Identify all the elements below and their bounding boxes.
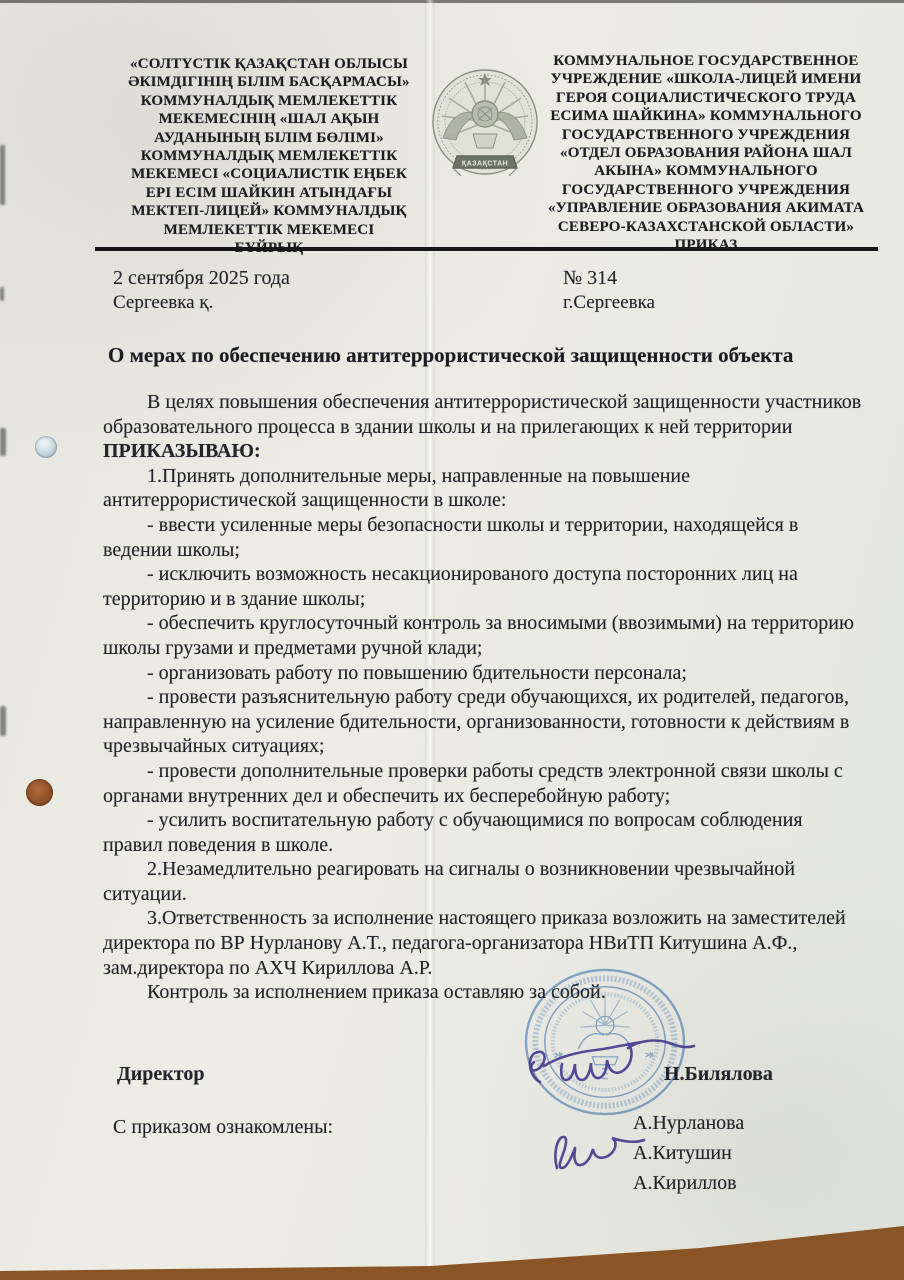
body-text-run: 1.Принять дополнительные меры, направлен… [103,465,690,512]
body-paragraph: - организовать работу по повышению бдите… [103,661,865,686]
body-text-run: 2.Незамедлительно реагировать на сигналы… [103,858,795,905]
letterhead-divider-line [95,247,878,251]
letterhead-line: АКЫНА» КОММУНАЛЬНОГО [525,162,887,180]
body-paragraph: 3.Ответственность за исполнение настояще… [103,906,865,980]
edge-smudge [0,287,4,301]
letterhead-line: КОММУНАЛДЫҚ МЕМЛЕКЕТТІК [88,92,450,110]
edge-smudge [0,428,6,456]
body-text-run: 3.Ответственность за исполнение настояще… [103,907,846,978]
director-label: Директор [117,1063,205,1086]
kazakhstan-coat-of-arms-icon: ҚАЗАҚСТАН [429,64,541,189]
body-paragraph: - провести дополнительные проверки работ… [103,759,865,808]
order-place-kazakh: Сергеевка қ. [113,291,213,315]
order-title: О мерах по обеспечению антитеррористичес… [108,343,888,368]
letterhead-line: ЕСИМА ШАЙКИНА» КОММУНАЛЬНОГО [525,107,887,125]
body-paragraph: - исключить возможность несакционировано… [103,562,865,611]
letterhead-line: КОММУНАЛДЫҚ МЕМЛЕКЕТТІК [88,147,450,165]
edge-smudge [0,145,5,205]
body-paragraph: 1.Принять дополнительные меры, направлен… [103,464,865,513]
body-paragraph: - усилить воспитательную работу с обучаю… [103,808,865,857]
order-body: В целях повышения обеспечения антитеррор… [103,390,865,1005]
letterhead-line: ӘКІМДІГІНІҢ БІЛІМ БАСҚАРМАСЫ» [88,73,450,91]
body-text-run: - организовать работу по повышению бдите… [147,662,687,684]
letterhead-line: ПРИКАЗ [525,236,887,254]
body-text-run: - ввести усиленные меры безопасности шко… [103,514,798,561]
paper-top-edge [0,0,904,3]
edge-smudge [0,706,6,736]
letterhead-line: ГЕРОЯ СОЦИАЛИСТИЧЕСКОГО ТРУДА [525,89,887,107]
order-place-russian: г.Сергеевка [563,291,655,315]
punch-hole [26,779,53,806]
letterhead-line: КОММУНАЛЬНОЕ ГОСУДАРСТВЕННОЕ [525,52,887,70]
body-text-run: - обеспечить круглосуточный контроль за … [103,612,854,659]
letterhead-line: УЧРЕЖДЕНИЕ «ШКОЛА-ЛИЦЕЙ ИМЕНИ [525,70,887,88]
letterhead-line: «ОТДЕЛ ОБРАЗОВАНИЯ РАЙОНА ШАЛ [525,144,887,162]
letterhead-line: ГОСУДАРСТВЕННОГО УЧРЕЖДЕНИЯ [525,126,887,144]
handwritten-signatures [500,1030,760,1185]
letterhead-kazakh: «СОЛТҮСТІК ҚАЗАҚСТАН ОБЛЫСЫӘКІМДІГІНІҢ Б… [88,55,450,257]
body-paragraph: Контроль за исполнением приказа оставляю… [103,980,865,1005]
letterhead-russian: КОММУНАЛЬНОЕ ГОСУДАРСТВЕННОЕУЧРЕЖДЕНИЕ «… [525,52,887,254]
director-signature [530,1052,545,1082]
letterhead-line: АУДАНЫНЫҢ БІЛІМ БӨЛІМІ» [88,129,450,147]
body-paragraph: В целях повышения обеспечения антитеррор… [103,390,865,464]
emblem-banner-text: ҚАЗАҚСТАН [462,161,508,168]
body-text-run: - исключить возможность несакционировано… [103,563,798,610]
document-page: «СОЛТҮСТІК ҚАЗАҚСТАН ОБЛЫСЫӘКІМДІГІНІҢ Б… [0,0,904,1280]
body-text-bold: ПРИКАЗЫВАЮ: [103,440,261,462]
letterhead-line: МЕКЕМЕСІНІҢ «ШАЛ АҚЫН [88,110,450,128]
acknowledged-label: С приказом ознакомлены: [113,1116,333,1139]
body-paragraph: - ввести усиленные меры безопасности шко… [103,513,865,562]
letterhead-line: ЕРІ ЕСІМ ШАЙКИН АТЫНДАҒЫ [88,184,450,202]
order-date: 2 сентября 2025 года [113,266,290,290]
body-text-run: В целях повышения обеспечения антитеррор… [103,391,861,438]
letterhead-line: «СОЛТҮСТІК ҚАЗАҚСТАН ОБЛЫСЫ [88,55,450,73]
kitushin-signature [555,1137,575,1168]
body-text-run: - провести разъяснительную работу среди … [103,686,849,757]
order-number: № 314 [563,266,617,290]
letterhead-line: МЕКТЕП-ЛИЦЕЙ» КОММУНАЛДЫҚ [88,202,450,220]
body-text-run: - усилить воспитательную работу с обучаю… [103,809,803,856]
body-paragraph: - провести разъяснительную работу среди … [103,685,865,759]
letterhead-line: ГОСУДАРСТВЕННОГО УЧРЕЖДЕНИЯ [525,181,887,199]
punch-hole [35,436,57,458]
photo-background: «СОЛТҮСТІК ҚАЗАҚСТАН ОБЛЫСЫӘКІМДІГІНІҢ Б… [0,0,904,1280]
letterhead-line: «УПРАВЛЕНИЕ ОБРАЗОВАНИЯ АКИМАТА [525,199,887,217]
letterhead-line: МЕКЕМЕСІ «СОЦИАЛИСТІК ЕҢБЕК [88,165,450,183]
body-paragraph: 2.Незамедлительно реагировать на сигналы… [103,857,865,906]
letterhead-line: СЕВЕРО-КАЗАХСТАНСКОЙ ОБЛАСТИ» [525,218,887,236]
body-paragraph: - обеспечить круглосуточный контроль за … [103,611,865,660]
letterhead-line: МЕМЛЕКЕТТІК МЕКЕМЕСІ [88,221,450,239]
body-text-run: - провести дополнительные проверки работ… [103,760,843,807]
